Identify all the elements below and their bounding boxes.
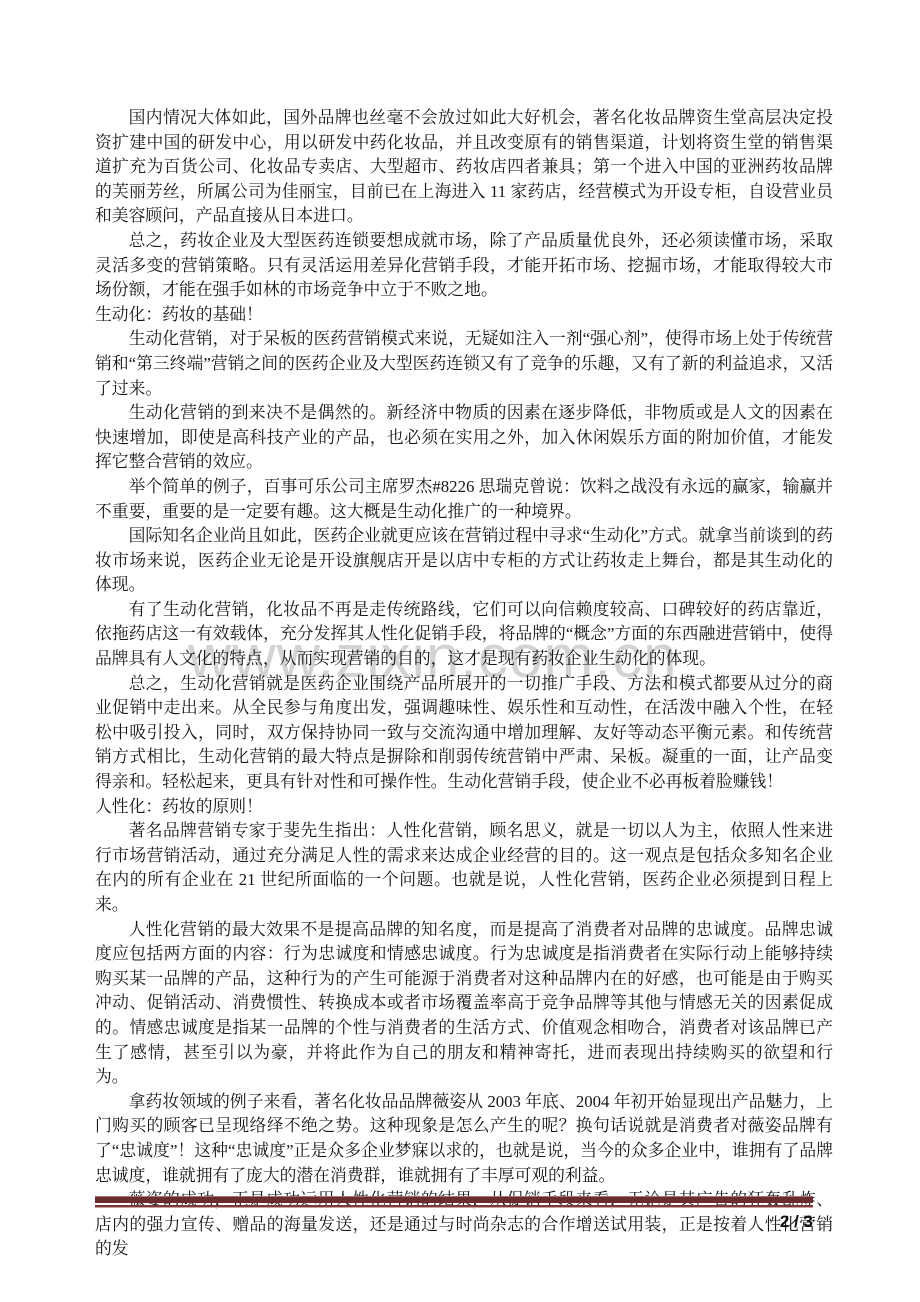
paragraph: 人性化营销的最大效果不是提高品牌的知名度，而是提高了消费者对品牌的忠诚度。品牌忠… [95, 918, 833, 1090]
paragraph: 生动化营销，对于呆板的医药营销模式来说，无疑如注入一剂“强心剂”，使得市场上处于… [95, 327, 833, 401]
paragraph: 有了生动化营销，化妆品不再是走传统路线，它们可以向信赖度较高、口碑较好的药店靠近… [95, 598, 833, 672]
footer-divider-thin-line [95, 1205, 813, 1208]
footer-divider-thick-line [95, 1196, 813, 1203]
paragraph: 总之，药妆企业及大型医药连锁要想成就市场，除了产品质量优良外，还必须读懂市场，采… [95, 229, 833, 303]
section-heading: 生动化：药妆的基础！ [95, 303, 833, 328]
paragraph: 国内情况大体如此，国外品牌也丝毫不会放过如此大好机会，著名化妆品牌资生堂高层决定… [95, 106, 833, 229]
paragraph: 生动化营销的到来决不是偶然的。新经济中物质的因素在逐步降低，非物质或是人文的因素… [95, 401, 833, 475]
paragraph: 拿药妆领域的例子来看，著名化妆品品牌薇姿从 2003 年底、2004 年初开始显… [95, 1090, 833, 1188]
paragraph: 著名品牌营销专家于斐先生指出：人性化营销，顾名思义，就是一切以人为主，依照人性来… [95, 819, 833, 917]
paragraph: 总之，生动化营销就是医药企业围绕产品所展开的一切推广手段、方法和模式都要从过分的… [95, 672, 833, 795]
paragraph: 国际知名企业尚且如此，医药企业就更应该在营销过程中寻求“生动化”方式。就拿当前谈… [95, 524, 833, 598]
paragraph: 举个简单的例子，百事可乐公司主席罗杰#8226 思瑞克曾说：饮料之战没有永远的赢… [95, 475, 833, 524]
footer-divider [95, 1196, 813, 1208]
document-body-text: 国内情况大体如此，国外品牌也丝毫不会放过如此大好机会，著名化妆品牌资生堂高层决定… [95, 106, 833, 1262]
section-heading: 人性化：药妆的原则！ [95, 795, 833, 820]
document-page: www.zixin.com.cn 国内情况大体如此，国外品牌也丝毫不会放过如此大… [0, 0, 920, 1302]
page-number-indicator: 2 / 3 [780, 1212, 813, 1232]
